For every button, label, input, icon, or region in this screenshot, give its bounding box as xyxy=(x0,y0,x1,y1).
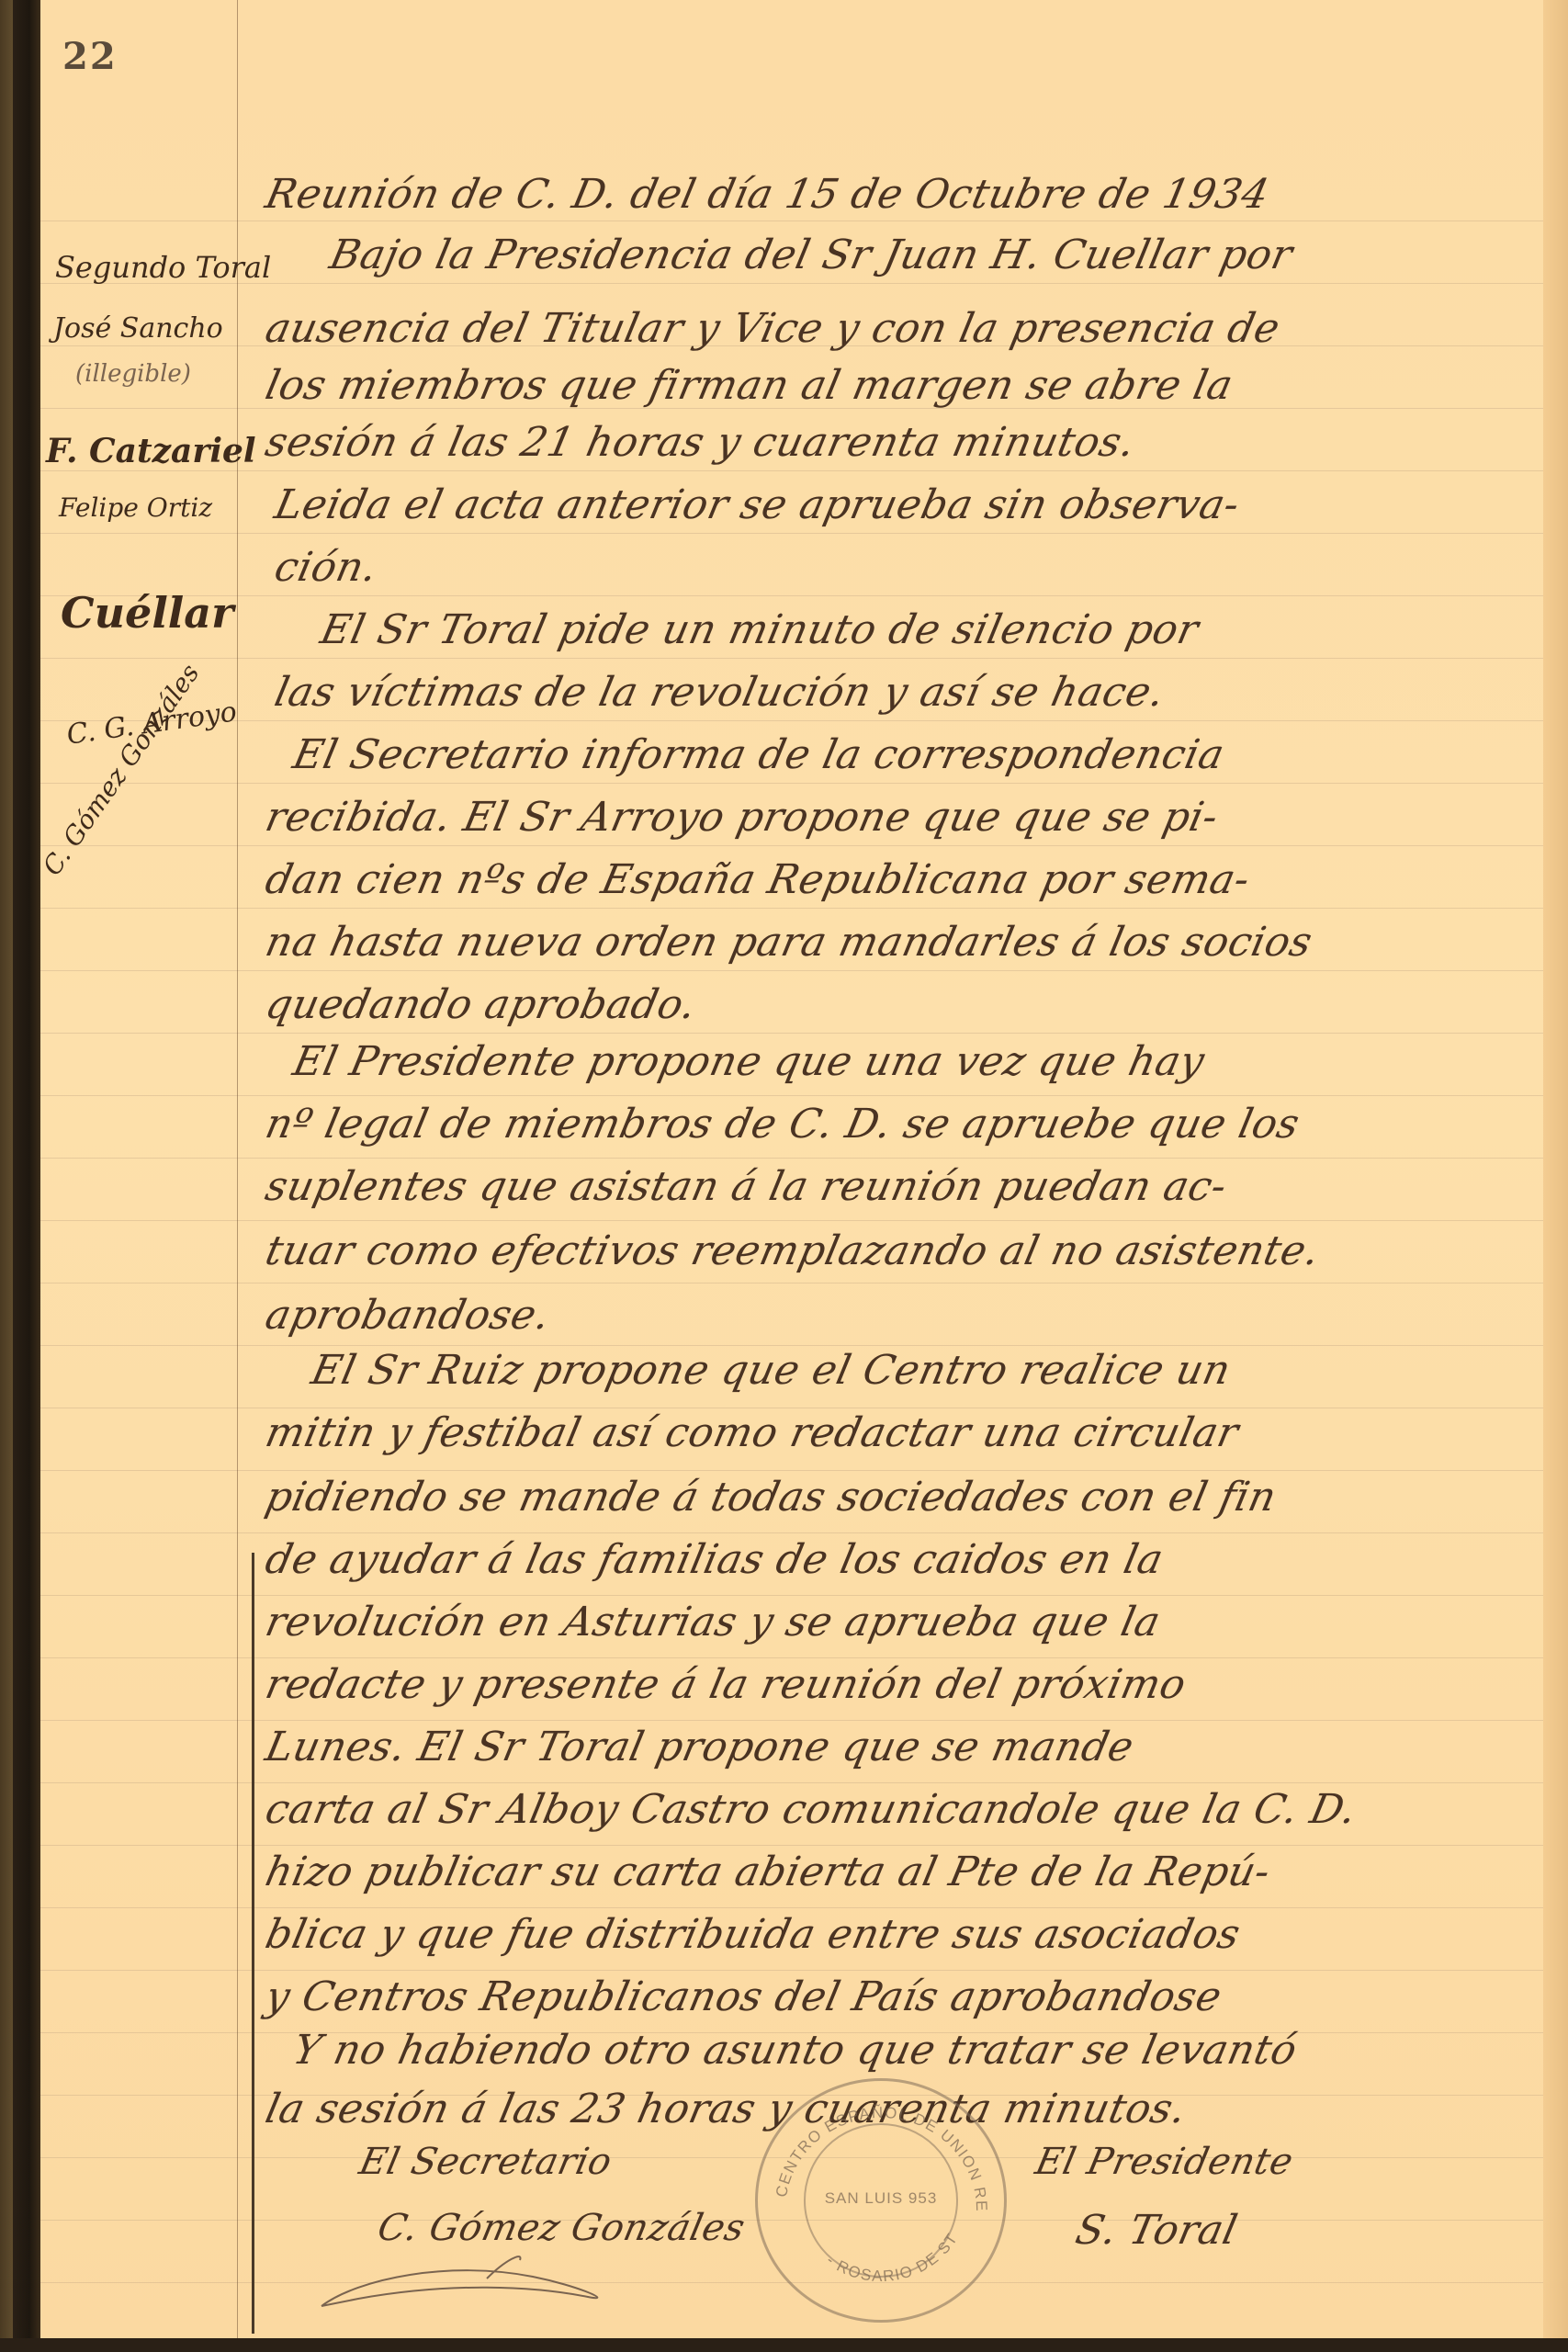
ruled-line xyxy=(40,783,1543,784)
ruled-line xyxy=(40,845,1543,846)
president-label: El Presidente xyxy=(1032,2141,1297,2183)
secretary-label: El Secretario xyxy=(355,2141,615,2183)
ruled-line xyxy=(40,720,1543,721)
minutes-line: ausencia del Titular y Vice y con la pre… xyxy=(262,305,1284,352)
stamp-address: SAN LUIS 953 xyxy=(758,2189,1004,2208)
minutes-line: sesión á las 21 horas y cuarenta minutos… xyxy=(262,419,1140,466)
minutes-line: El Secretario informa de la corresponden… xyxy=(289,731,1229,778)
minutes-line: Bajo la Presidencia del Sr Juan H. Cuell… xyxy=(326,232,1297,278)
margin-signature: (illegible) xyxy=(75,360,191,388)
minutes-line: revolución en Asturias y se aprueba que … xyxy=(262,1599,1165,1645)
ruled-line xyxy=(40,658,1543,659)
margin-signature: Cuéllar xyxy=(61,588,233,638)
minutes-line: tuar como efectivos reemplazando al no a… xyxy=(262,1227,1325,1274)
ruled-line xyxy=(40,1782,1543,1783)
margin-signature: Felipe Ortiz xyxy=(59,492,212,523)
president-signature: S. Toral xyxy=(1072,2207,1242,2254)
page-number: 22 xyxy=(62,35,118,78)
minutes-line: ción. xyxy=(271,544,382,591)
minutes-line: aprobandose. xyxy=(262,1292,555,1339)
ruled-line xyxy=(40,1345,1543,1346)
minutes-line: mitin y festibal así como redactar una c… xyxy=(262,1409,1243,1456)
minutes-line: hizo publicar su carta abierta al Pte de… xyxy=(262,1849,1275,1895)
minutes-line: na hasta nueva orden para mandarles á lo… xyxy=(262,919,1317,966)
minutes-line: dan cien nºs de España Republicana por s… xyxy=(262,856,1255,903)
signature-flourish-icon xyxy=(303,2242,689,2324)
ruled-line xyxy=(40,1283,1543,1283)
minutes-line: suplentes que asistan á la reunión pueda… xyxy=(262,1163,1232,1210)
minutes-line: Y no habiendo otro asunto que tratar se … xyxy=(289,2027,1302,2074)
ruled-line xyxy=(40,970,1543,971)
ruled-line xyxy=(40,1470,1543,1471)
ruled-line xyxy=(40,1907,1543,1908)
ruled-line xyxy=(40,533,1543,534)
minutes-line: Lunes. El Sr Toral propone que se mande xyxy=(262,1724,1138,1770)
facing-page-edge xyxy=(1543,0,1568,2352)
ruled-line xyxy=(40,220,1543,221)
minutes-title: Reunión de C. D. del día 15 de Octubre d… xyxy=(262,171,1274,218)
ruled-line xyxy=(40,1220,1543,1221)
minutes-line: la sesión á las 23 horas y cuarenta minu… xyxy=(262,2086,1191,2132)
margin-signature: José Sancho xyxy=(53,312,223,345)
minutes-line: y Centros Republicanos del País aproband… xyxy=(262,1973,1226,2020)
minutes-line: El Sr Ruiz propone que el Centro realice… xyxy=(308,1347,1235,1394)
ruled-line xyxy=(40,1408,1543,1408)
ruled-line xyxy=(40,1033,1543,1034)
margin-ink-bar xyxy=(252,1553,254,2334)
minutes-line: las víctimas de la revolución y así se h… xyxy=(271,669,1169,716)
minutes-line: carta al Sr Alboy Castro comunicandole q… xyxy=(262,1786,1361,1833)
minutes-line: quedando aprobado. xyxy=(262,981,701,1028)
organization-stamp: CENTRO ESPAÑOL DE UNION REPUBLICANA - RO… xyxy=(755,2078,1007,2323)
ruled-line xyxy=(40,470,1543,471)
minutes-line: los miembros que firman al margen se abr… xyxy=(262,362,1237,409)
ruled-line xyxy=(40,1970,1543,1971)
ruled-line xyxy=(40,1158,1543,1159)
ruled-line xyxy=(40,595,1543,596)
minutes-line: de ayudar á las familias de los caidos e… xyxy=(262,1536,1168,1583)
ruled-line xyxy=(40,1845,1543,1846)
margin-signature: Segundo Toral xyxy=(55,250,271,285)
minutes-line: Leida el acta anterior se aprueba sin ob… xyxy=(271,481,1244,528)
margin-rule xyxy=(237,0,238,2338)
ruled-line xyxy=(40,1095,1543,1096)
ruled-line xyxy=(40,1595,1543,1596)
minutes-line: nº legal de miembros de C. D. se apruebe… xyxy=(262,1101,1304,1148)
book-bottom-edge xyxy=(0,2338,1568,2352)
minutes-line: pidiendo se mande á todas sociedades con… xyxy=(262,1474,1281,1521)
ruled-line xyxy=(40,1532,1543,1533)
ruled-line xyxy=(40,1720,1543,1721)
minutes-line: El Presidente propone que una vez que ha… xyxy=(289,1038,1209,1085)
minutes-line: El Sr Toral pide un minuto de silencio p… xyxy=(317,606,1203,653)
ruled-line xyxy=(40,1657,1543,1658)
minutes-line: redacte y presente á la reunión del próx… xyxy=(262,1661,1190,1708)
book-binding xyxy=(13,0,40,2352)
minutes-line: recibida. El Sr Arroyo propone que que s… xyxy=(262,794,1223,841)
margin-signature: F. Catzariel xyxy=(46,432,256,470)
minutes-line: blica y que fue distribuida entre sus as… xyxy=(262,1911,1245,1958)
ruled-line xyxy=(40,908,1543,909)
